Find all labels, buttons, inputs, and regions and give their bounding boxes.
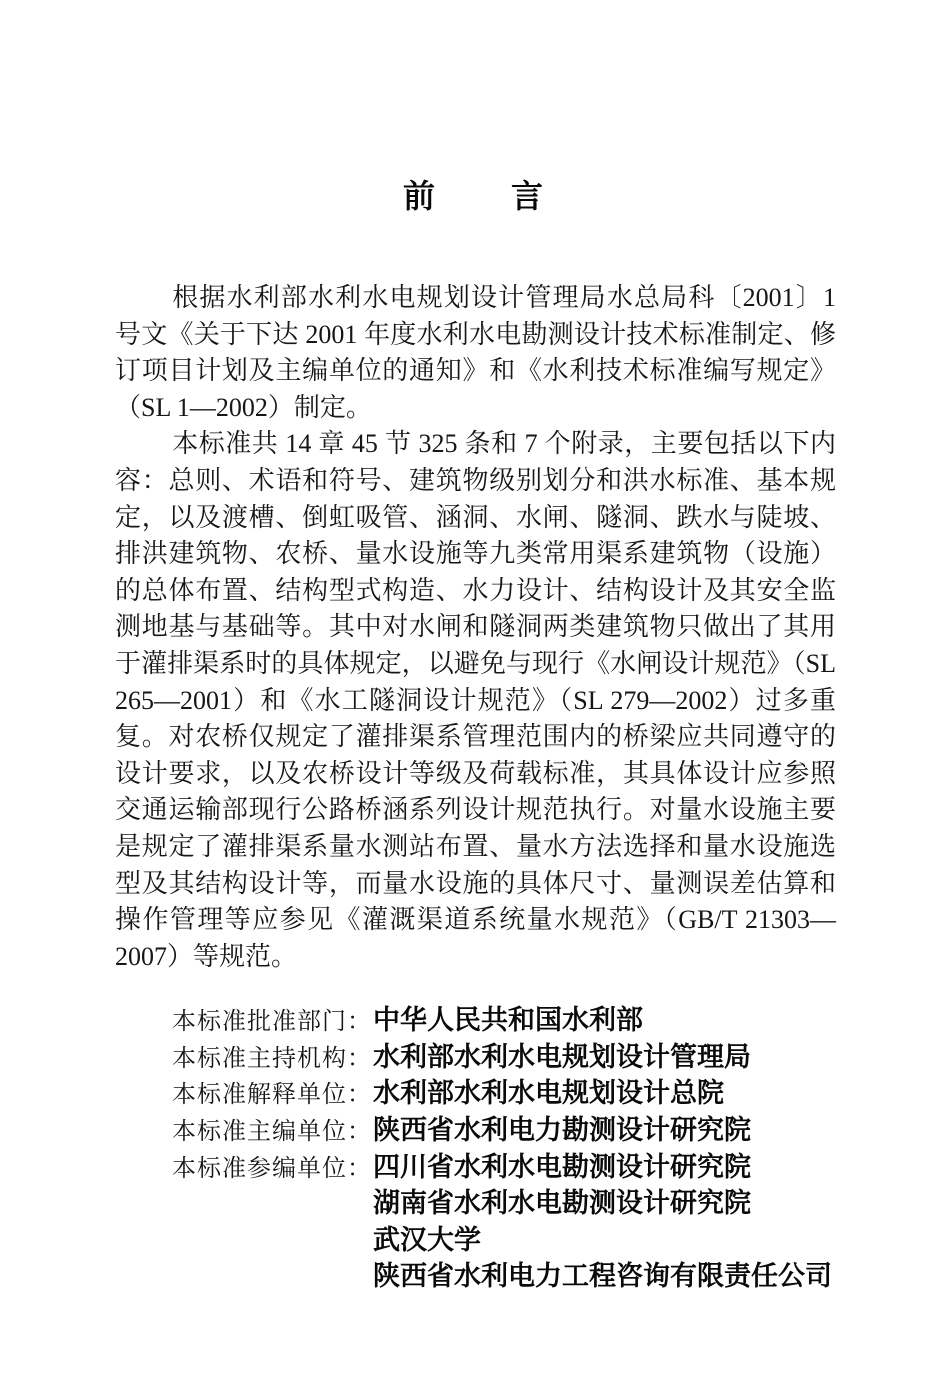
credit-value: 湖南省水利水电勘测设计研究院: [373, 1181, 751, 1220]
page-title: 前 言: [0, 0, 950, 216]
credit-row-host: 本标准主持机构： 水利部水利水电规划设计管理局: [172, 1035, 836, 1072]
credit-label: 本标准主编单位：: [172, 1111, 373, 1146]
credit-label: 本标准主持机构：: [172, 1038, 373, 1073]
document-page: 前 言 根据水利部水利水电规划设计管理局水总局科〔2001〕1 号文《关于下达 …: [0, 0, 950, 1376]
credit-label: 本标准批准部门：: [172, 1001, 373, 1036]
credit-row-interpretation: 本标准解释单位： 水利部水利水电规划设计总院: [172, 1071, 836, 1108]
credit-row-chief-editor: 本标准主编单位： 陕西省水利电力勘测设计研究院: [172, 1108, 836, 1145]
credit-row-co-editor-4: 陕西省水利电力工程咨询有限责任公司: [172, 1254, 836, 1291]
credit-row-co-editor-1: 本标准参编单位： 四川省水利水电勘测设计研究院: [172, 1145, 836, 1182]
credit-value: 水利部水利水电规划设计管理局: [373, 1035, 751, 1074]
credit-value: 陕西省水利电力勘测设计研究院: [373, 1108, 751, 1147]
foreword-paragraph-1: 根据水利部水利水电规划设计管理局水总局科〔2001〕1 号文《关于下达 2001…: [115, 280, 836, 426]
credit-row-approval: 本标准批准部门： 中华人民共和国水利部: [172, 998, 836, 1035]
credit-value: 武汉大学: [373, 1218, 481, 1257]
credit-row-co-editor-2: 湖南省水利水电勘测设计研究院: [172, 1181, 836, 1218]
credit-value: 四川省水利水电勘测设计研究院: [373, 1145, 751, 1184]
credit-label: 本标准参编单位：: [172, 1148, 373, 1183]
foreword-body: 根据水利部水利水电规划设计管理局水总局科〔2001〕1 号文《关于下达 2001…: [115, 280, 836, 975]
foreword-paragraph-2: 本标准共 14 章 45 节 325 条和 7 个附录，主要包括以下内容：总则、…: [115, 426, 836, 975]
credits-list: 本标准批准部门： 中华人民共和国水利部 本标准主持机构： 水利部水利水电规划设计…: [115, 998, 836, 1291]
credit-row-co-editor-3: 武汉大学: [172, 1218, 836, 1255]
credit-value: 中华人民共和国水利部: [373, 998, 643, 1037]
foreword-content: 根据水利部水利水电规划设计管理局水总局科〔2001〕1 号文《关于下达 2001…: [0, 280, 950, 1291]
credit-label: 本标准解释单位：: [172, 1074, 373, 1109]
credit-value: 陕西省水利电力工程咨询有限责任公司: [373, 1254, 832, 1293]
credit-value: 水利部水利水电规划设计总院: [373, 1071, 724, 1110]
